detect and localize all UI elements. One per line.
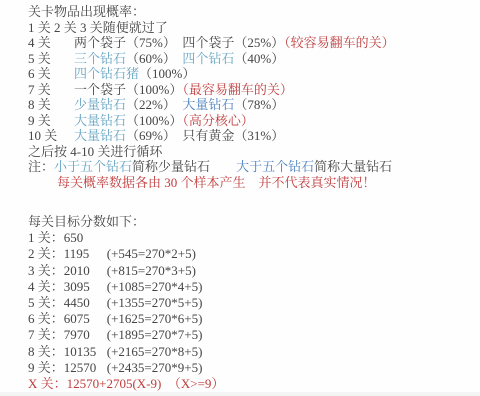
level-5-line: 5 关三个钻石（60%） 四个钻石（40%）: [28, 51, 474, 67]
probability-lines: 1 关 2 关 3 关随便就过了4 关两个袋子（75%） 四个袋子（25%）（较…: [28, 20, 474, 191]
level-label: 5 关: [28, 51, 74, 67]
score-level-4-line: 4 关：3095(+1085=270*4+5): [28, 279, 474, 295]
level-label: 1 关：: [28, 230, 64, 246]
score-level-5-line: 5 关：4450(+1355=270*5+5): [28, 295, 474, 311]
definition-note-line: 注：小于五个钻石简称少量钻石 大于五个钻石简称大量钻石: [28, 159, 474, 175]
item-text: 大量钻石: [74, 128, 126, 143]
warning-text: （较容易翻车的关）: [284, 35, 395, 50]
score-formula-line: X 关：12570+2705(X-9) （X>=9）: [28, 376, 474, 392]
score-level-1-line: 1 关：650: [28, 230, 474, 246]
levels-1-3-line: 1 关 2 关 3 关随便就过了: [28, 20, 474, 36]
level-label: 9 关: [28, 113, 74, 129]
score-level-2-line: 2 关：1195(+545=270*2+5): [28, 246, 474, 262]
score-formula: (+1625=270*6+5): [107, 311, 203, 326]
probability-text: （60%）: [126, 51, 182, 66]
score-value: 3095: [64, 279, 107, 295]
level-label: 9 关：: [28, 360, 64, 376]
score-value: 10135: [64, 344, 107, 360]
score-formula: (+545=270*2+5): [107, 246, 196, 261]
level-label: 8 关: [28, 97, 74, 113]
level-label: 7 关: [28, 82, 74, 98]
level-label: 4 关：: [28, 279, 64, 295]
level-10-line: 10 关大量钻石（69%） 只有黄金（31%）: [28, 128, 474, 144]
loop-note-line: 之后按 4-10 关进行循环: [28, 144, 474, 160]
probability-text: （100%）: [126, 113, 182, 128]
item-text: 大量钻石: [74, 113, 126, 128]
score-section: 每关目标分数如下： 1 关：6502 关：1195(+545=270*2+5)3…: [28, 214, 474, 392]
level-6-line: 6 关四个钻石猪（100%）: [28, 66, 474, 82]
probability-text: （69%）: [126, 128, 182, 143]
score-formula: (+1355=270*5+5): [107, 295, 203, 310]
score-formula: (+1895=270*7+5): [107, 327, 203, 342]
item-text: 四个钻石: [182, 51, 234, 66]
item-text: 大量钻石: [182, 97, 234, 112]
level-label: 6 关：: [28, 311, 64, 327]
score-value: 4450: [64, 295, 107, 311]
item-text: 两个袋子（75%） 四个袋子（25%）: [74, 35, 284, 50]
note-text: 简称少量钻石: [132, 159, 210, 174]
item-text: 小于五个钻石: [54, 159, 132, 174]
score-value: 1195: [64, 246, 107, 262]
probability-text: （22%）: [126, 97, 182, 112]
level-label: 2 关：: [28, 246, 64, 262]
probability-section-title: 关卡物品出现概率：: [28, 4, 474, 20]
level-8-line: 8 关少量钻石（22%） 大量钻石（78%）: [28, 97, 474, 113]
level-label: X 关：: [28, 376, 67, 392]
item-text: 大于五个钻石: [236, 159, 314, 174]
item-text: 只有黄金（31%）: [182, 128, 284, 143]
level-label: 3 关：: [28, 263, 64, 279]
score-formula: 12570+2705(X-9) （X>=9）: [67, 376, 225, 391]
score-value: 2010: [64, 263, 107, 279]
probability-text: （100%）: [139, 66, 195, 81]
level-label: 5 关：: [28, 295, 64, 311]
score-section-title: 每关目标分数如下：: [28, 214, 474, 230]
level-label: 6 关: [28, 66, 74, 82]
score-value: 12570: [64, 360, 107, 376]
score-level-6-line: 6 关：6075(+1625=270*6+5): [28, 311, 474, 327]
item-text: 三个钻石: [74, 51, 126, 66]
note-text: 简称大量钻石: [314, 159, 392, 174]
probability-text: （40%）: [234, 51, 284, 66]
warning-text: （高分核心）: [182, 113, 254, 128]
level-label: 7 关：: [28, 327, 64, 343]
score-value: 6075: [64, 311, 107, 327]
probability-section: 关卡物品出现概率： 1 关 2 关 3 关随便就过了4 关两个袋子（75%） 四…: [28, 4, 474, 190]
item-text: 少量钻石: [74, 97, 126, 112]
note-text: 之后按 4-10 关进行循环: [28, 144, 162, 159]
item-text: 四个钻石猪: [74, 66, 139, 81]
note-text: 1 关 2 关 3 关随便就过了: [28, 20, 168, 35]
score-formula: (+1085=270*4+5): [107, 279, 203, 294]
score-level-8-line: 8 关：10135(+2165=270*8+5): [28, 344, 474, 360]
screenshot-edge-shadow: [0, 392, 480, 396]
game-notes-page: 关卡物品出现概率： 1 关 2 关 3 关随便就过了4 关两个袋子（75%） 四…: [0, 0, 480, 396]
score-formula: (+815=270*3+5): [107, 263, 196, 278]
score-formula: (+2435=270*9+5): [107, 360, 203, 375]
level-label: 10 关: [28, 128, 74, 144]
level-9-line: 9 关大量钻石（100%）（高分核心）: [28, 113, 474, 129]
score-level-3-line: 3 关：2010(+815=270*3+5): [28, 263, 474, 279]
level-7-line: 7 关一个袋子（100%）（最容易翻车的关）: [28, 82, 474, 98]
sample-note-line: 每关概率数据各由 30 个样本产生 并不代表真实情况！: [28, 175, 474, 191]
score-lines: 1 关：6502 关：1195(+545=270*2+5)3 关：2010(+8…: [28, 230, 474, 392]
score-value: 7970: [64, 327, 107, 343]
warning-text: （最容易翻车的关）: [182, 82, 293, 97]
score-formula: (+2165=270*8+5): [107, 344, 203, 359]
probability-text: （78%）: [234, 97, 284, 112]
score-level-9-line: 9 关：12570(+2435=270*9+5): [28, 360, 474, 376]
level-label: 8 关：: [28, 344, 64, 360]
level-4-line: 4 关两个袋子（75%） 四个袋子（25%）（较容易翻车的关）: [28, 35, 474, 51]
level-label: 4 关: [28, 35, 74, 51]
warning-text: 每关概率数据各由 30 个样本产生 并不代表真实情况！: [57, 175, 376, 190]
score-value: 650: [64, 230, 84, 245]
item-text: 一个袋子（100%）: [74, 82, 182, 97]
note-label: 注：: [28, 159, 54, 174]
spacer-text: [210, 159, 236, 174]
score-level-7-line: 7 关：7970(+1895=270*7+5): [28, 327, 474, 343]
